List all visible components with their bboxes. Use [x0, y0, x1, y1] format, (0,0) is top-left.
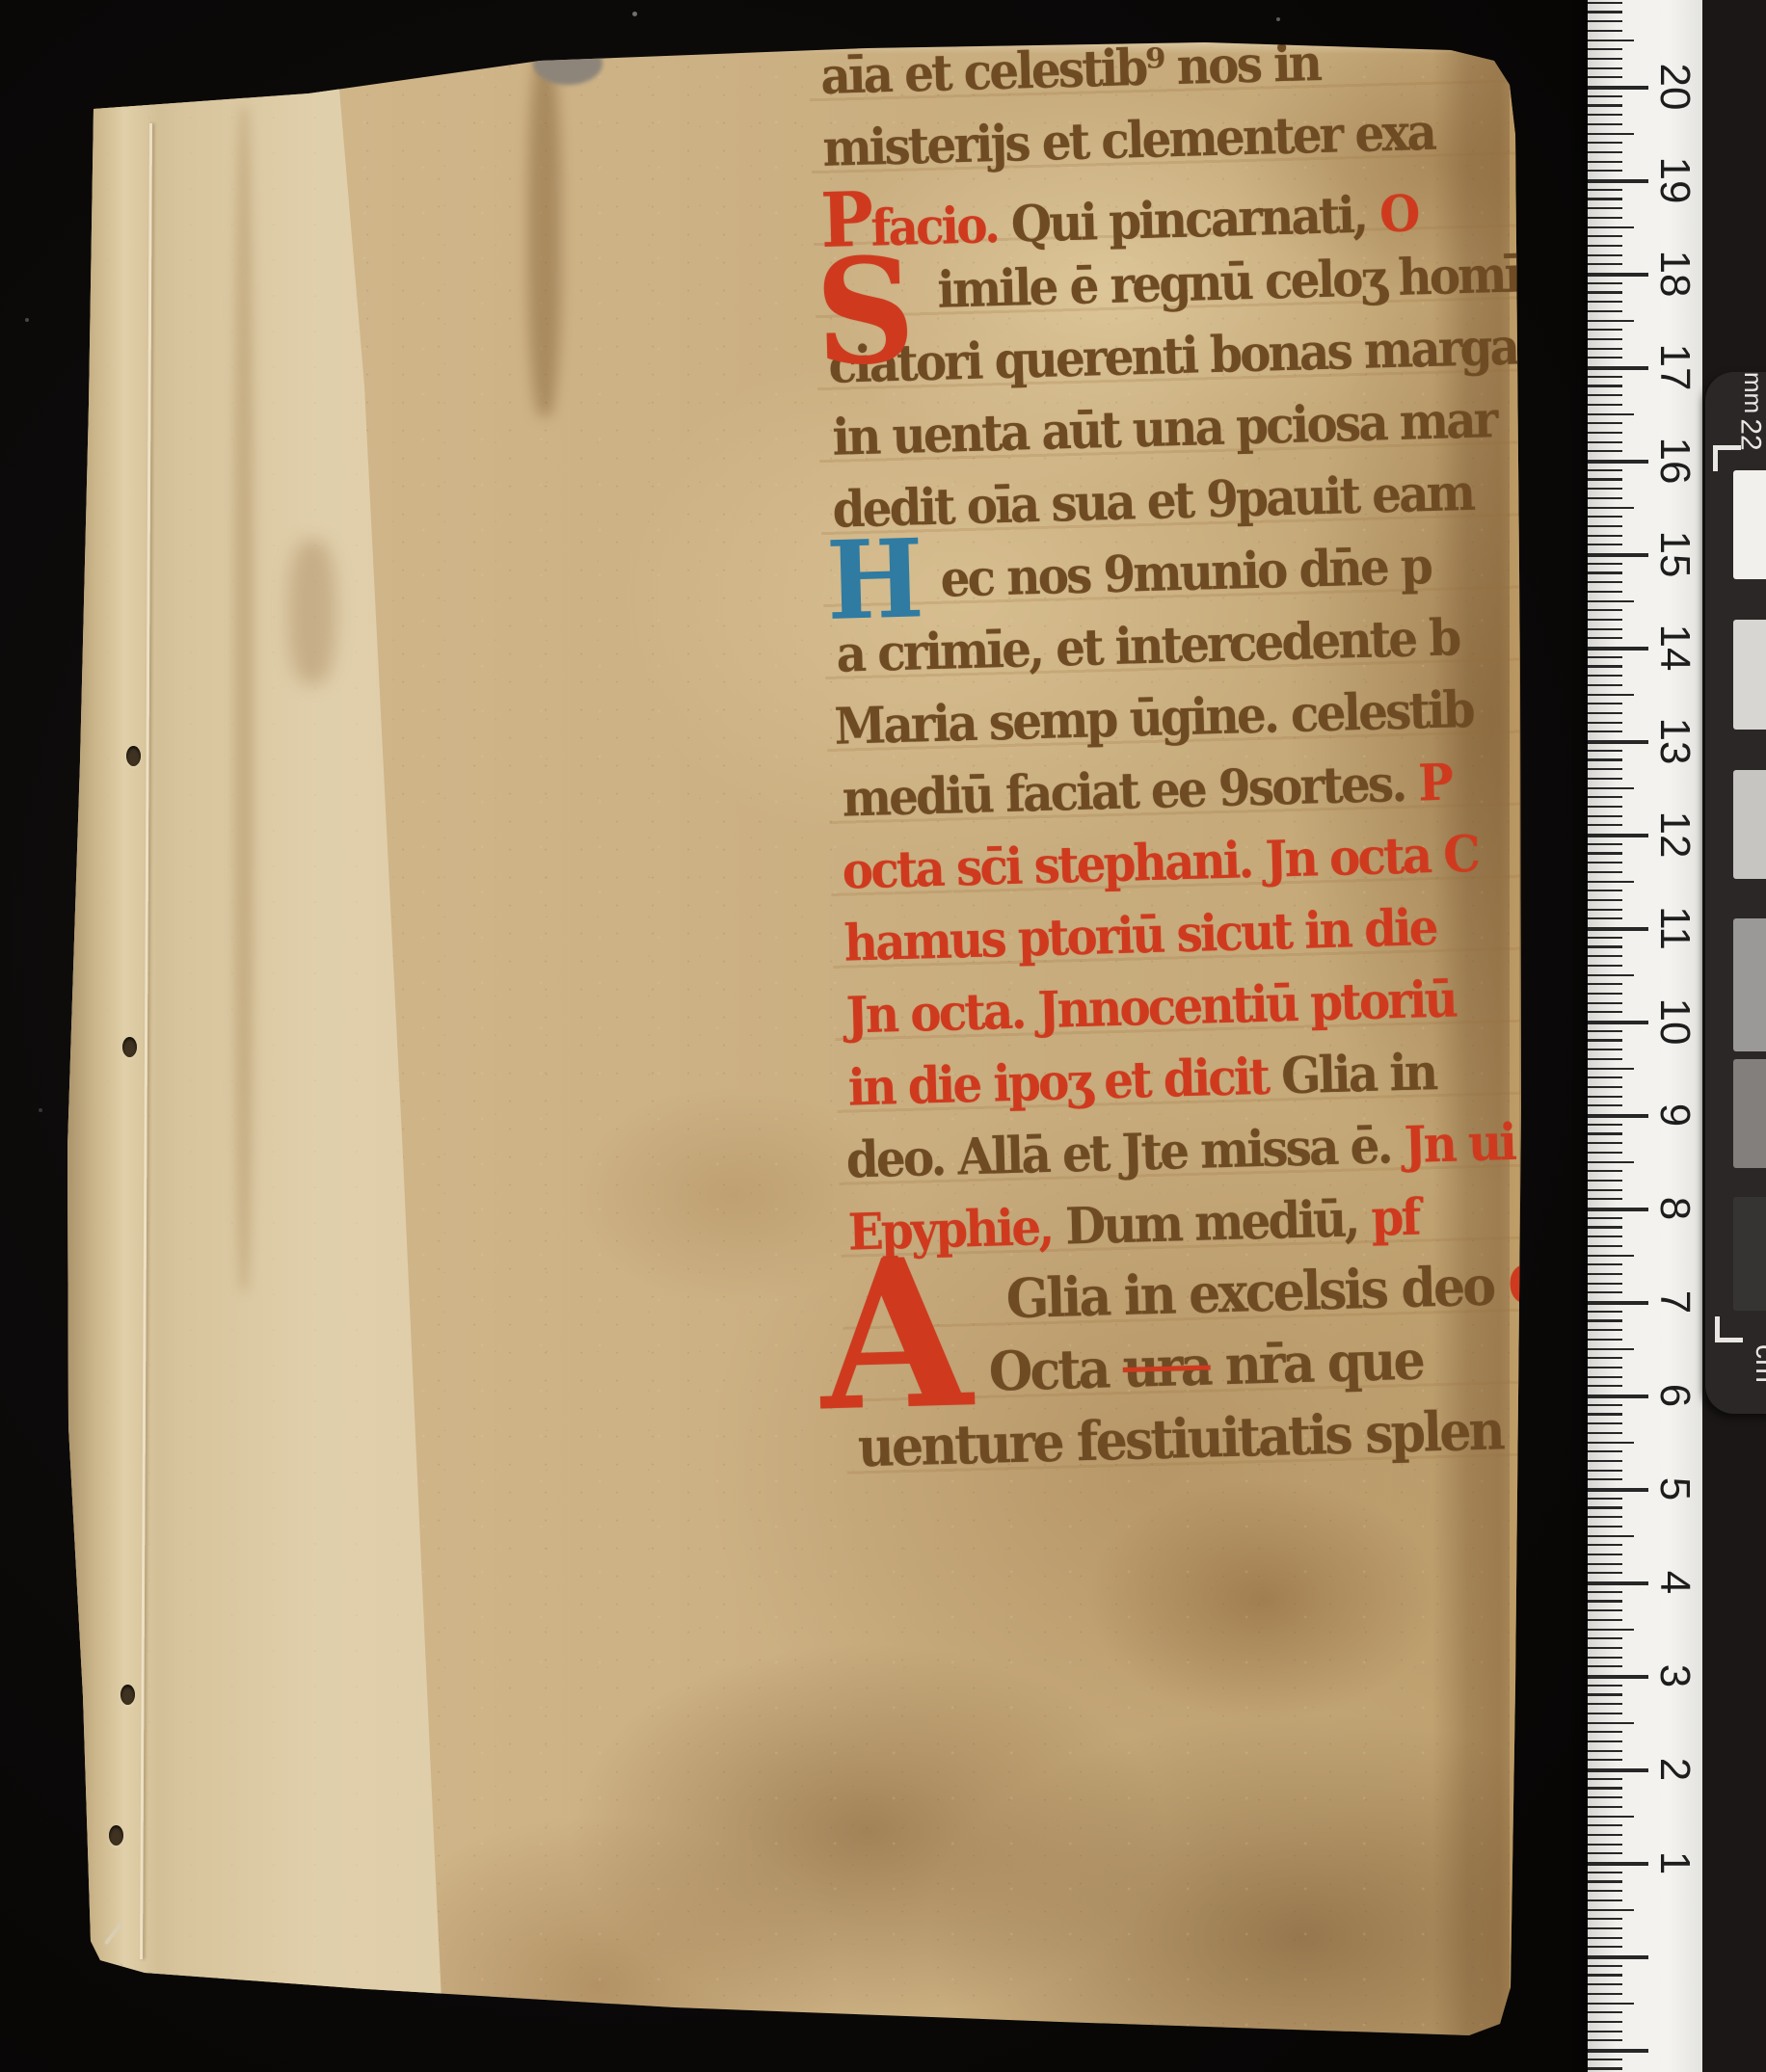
text-segment-red: hamus ptoriū sicut in die [843, 898, 1437, 973]
ruler-mm-tick [1588, 1311, 1622, 1313]
ruler-mm-tick [1588, 40, 1634, 41]
ruler-cm-tick [1588, 1488, 1648, 1492]
ruler-mm-tick [1588, 937, 1622, 939]
ruler-mm-tick [1588, 1609, 1622, 1611]
ruler-mm-tick [1588, 291, 1622, 293]
ruler-mm-tick [1588, 151, 1622, 153]
ruler-mm-tick [1588, 796, 1622, 798]
ruler-mm-tick [1588, 1263, 1622, 1265]
ruler-mm-tick [1588, 1339, 1622, 1341]
ruler-mm-tick [1588, 207, 1622, 209]
ruler-mm-tick [1588, 665, 1622, 667]
ruler-mm-tick [1588, 1796, 1622, 1798]
ruler-number-8: 8 [1647, 1182, 1701, 1235]
text-segment-red: O [1378, 184, 1418, 244]
ruler-mm-tick [1588, 1665, 1622, 1667]
ruler-mm-tick [1588, 104, 1622, 106]
book-cover: aīa et celestib⁹ nos inmisterijs et clem… [0, 0, 1766, 2072]
ruler-mm-tick [1588, 1844, 1622, 1846]
manuscript-text-line: a crimīe, et intercedente b [836, 609, 1459, 683]
ruler-mm-tick [1588, 198, 1622, 199]
ruler-cm-tick [1588, 1301, 1648, 1305]
ruler-mm-tick [1588, 1974, 1622, 1976]
ruler-mm-tick [1588, 1030, 1622, 1032]
ruler-mm-tick [1588, 1058, 1622, 1060]
ruler-mm-tick [1588, 1526, 1622, 1527]
manuscript-text-line: aīa et celestib⁹ nos in [820, 35, 1321, 106]
text-segment-brown: aīa et celestib⁹ nos in [820, 34, 1321, 106]
ruler-mm-tick [1588, 1273, 1622, 1275]
ruler-mm-tick [1588, 1235, 1622, 1237]
ruler-number-17: 17 [1647, 340, 1701, 394]
ruler-mm-tick [1588, 1685, 1622, 1687]
text-segment-brown: nr̄a que [1210, 1329, 1424, 1398]
ruler-number-20: 20 [1647, 60, 1701, 114]
ruler-mm-tick [1588, 1750, 1622, 1752]
ruler-mm-tick [1588, 758, 1622, 760]
ruler-mm-tick [1588, 1872, 1622, 1873]
text-segment-brown: Qui pincarnati, [1010, 185, 1380, 253]
ruler-mm-tick [1588, 806, 1622, 808]
ruler-mm-tick [1588, 619, 1622, 621]
ruler-mm-tick [1588, 1657, 1622, 1659]
ruler-mm-tick [1588, 1516, 1622, 1518]
ruler-mm-tick [1588, 348, 1622, 350]
ruler-mm-tick [1588, 731, 1622, 732]
text-segment-red: in die ipoʒ et dicit [847, 1047, 1282, 1117]
grayscale-patch-6 [1733, 1197, 1766, 1311]
ruler-mm-tick [1588, 974, 1634, 976]
illuminated-initial-a: A [817, 1241, 973, 1429]
ruler-mm-tick [1588, 1506, 1622, 1508]
ruler-mm-tick [1588, 722, 1622, 724]
ruler-mm-tick [1588, 1834, 1622, 1836]
ruler-mm-tick [1588, 1180, 1622, 1182]
ruler-mm-tick [1588, 48, 1622, 50]
ruler-mm-tick [1588, 535, 1622, 537]
ruler-mm-tick [1588, 1217, 1622, 1219]
ruler-mm-tick [1588, 1824, 1622, 1826]
ruler-mm-tick [1588, 684, 1622, 686]
ruler-mm-tick [1588, 1283, 1622, 1285]
ruler-mm-tick [1588, 1068, 1634, 1070]
stain-streak [528, 50, 561, 416]
ruler-mm-tick [1588, 1937, 1622, 1939]
manuscript-text-line: mediū faciat ee 9sortes. P [842, 755, 1452, 829]
ruler-mm-tick [1588, 1787, 1622, 1789]
ruler-mm-tick [1588, 637, 1622, 639]
ruler-mm-tick [1588, 516, 1622, 518]
text-segment-red: C [1442, 825, 1478, 885]
ruler-mm-tick [1588, 628, 1622, 630]
ruler-mm-tick [1588, 404, 1622, 406]
ruler-mm-tick [1588, 955, 1622, 957]
ruler-mm-tick [1588, 1731, 1622, 1733]
ruler-mm-tick [1588, 30, 1622, 32]
ruler-mm-tick [1588, 95, 1622, 97]
ruler-mm-tick [1588, 2021, 1622, 2023]
ruler-mm-tick [1588, 1367, 1622, 1368]
ruler-mm-tick [1588, 469, 1622, 471]
manuscript-text-line: ec nos 9munio dn̄e p [940, 538, 1432, 609]
ruler-mm-tick [1588, 1255, 1634, 1257]
ruler-number-14: 14 [1647, 621, 1701, 675]
ruler-mm-tick [1588, 1637, 1622, 1639]
grayscale-patch-5 [1733, 1059, 1766, 1168]
ruler-mm-tick [1588, 1880, 1622, 1882]
ruler-mm-tick [1588, 917, 1622, 919]
grayscale-patch-1 [1733, 470, 1766, 579]
ruler-cm-tick [1588, 1114, 1648, 1118]
ruler-mm-tick [1588, 778, 1622, 780]
ruler-mm-tick [1588, 320, 1634, 322]
ruler-mm-tick [1588, 1413, 1622, 1415]
ruler-mm-tick [1588, 1245, 1622, 1247]
ruler-mm-tick [1588, 1385, 1622, 1387]
ruler-mm-tick [1588, 1161, 1634, 1163]
ruler-number-5: 5 [1647, 1462, 1701, 1516]
stain-blotch [289, 540, 335, 684]
ruler-mm-tick [1588, 768, 1622, 770]
ruler-mm-tick [1588, 881, 1634, 883]
sewing-hole [109, 1825, 123, 1846]
ruler-mm-tick [1588, 450, 1622, 452]
ruler-mm-tick [1588, 282, 1622, 284]
ruler-mm-tick [1588, 478, 1622, 480]
ruler-mm-tick [1588, 2059, 1622, 2060]
ruler-cm-tick [1588, 179, 1648, 183]
illuminated-initial-h: H [825, 531, 924, 630]
ruler-mm-tick [1588, 852, 1622, 854]
manuscript-text-line: Glia in excelsis deo O [1005, 1256, 1550, 1328]
text-segment-red: O [1508, 1253, 1550, 1317]
ruler-mm-tick [1588, 1993, 1622, 1995]
ruler-mm-tick [1588, 1535, 1634, 1537]
ruler-mm-tick [1588, 488, 1622, 490]
ruler-mm-tick [1588, 2039, 1622, 2041]
ruler-mm-tick [1588, 993, 1622, 995]
ruler-mm-tick [1588, 1629, 1634, 1631]
ruler-mm-tick [1588, 1619, 1622, 1621]
ruler-cm-tick [1588, 460, 1648, 464]
ruler-mm-tick [1588, 1470, 1622, 1472]
text-segment-red: Jn ui [1404, 1113, 1515, 1175]
ruler-number-16: 16 [1647, 434, 1701, 488]
text-segment-red: pf [1371, 1188, 1420, 1248]
ruler-cm-tick [1588, 366, 1648, 370]
manuscript-text-line: deo. Allā et Jte missa ē. Jn ui [845, 1114, 1515, 1190]
ruler-mm-tick [1588, 591, 1622, 593]
ruler-mm-tick [1588, 787, 1634, 789]
ruler-mm-tick [1588, 909, 1622, 911]
ruler-mm-tick [1588, 581, 1622, 583]
edge-damage-notch [533, 42, 602, 85]
ruler-mm-tick [1588, 189, 1622, 191]
text-segment-brown: imile ē regnū celoʒ homīn [937, 245, 1552, 320]
ruler-mm-tick [1588, 1432, 1622, 1434]
grayscale-patch-3 [1733, 770, 1766, 879]
text-segment-red: P [1418, 754, 1452, 813]
manuscript-text-line: Jn octa. Jnnocentiū ptoriū [845, 971, 1457, 1046]
ruler-mm-tick [1588, 1226, 1622, 1228]
ruler-mm-tick [1588, 497, 1622, 499]
manuscript-text-line: Octa ura nr̄a que [988, 1332, 1424, 1401]
ruler-mm-tick [1588, 161, 1622, 163]
ruler-mm-tick [1588, 890, 1622, 891]
ruler-mm-tick [1588, 385, 1622, 386]
ruler-mm-tick [1588, 1011, 1622, 1013]
ruler-mm-tick [1588, 843, 1622, 845]
ruler-mm-tick [1588, 1544, 1622, 1546]
ruler-cm-tick [1588, 1862, 1648, 1866]
ruler-mm-tick [1588, 1319, 1622, 1321]
text-segment-brown: Maria semp ūgine. celestib [834, 680, 1474, 757]
ruler-number-9: 9 [1647, 1088, 1701, 1142]
ruler-number-18: 18 [1647, 247, 1701, 301]
ruler-mm-tick [1588, 1152, 1622, 1154]
ruler-cm-tick [1588, 1675, 1648, 1679]
ruler-mm-tick [1588, 1563, 1622, 1565]
ruler-mm-tick [1588, 58, 1622, 60]
ruler-mm-tick [1588, 1132, 1622, 1134]
ruler-mm-tick [1588, 871, 1622, 873]
ruler-mm-tick [1588, 1076, 1622, 1078]
text-segment-brown: misterijs et clementer exa [822, 103, 1435, 178]
ruler-mm-tick [1588, 413, 1634, 415]
ruler-number-2: 2 [1647, 1742, 1701, 1796]
ruler-mm-tick [1588, 1759, 1622, 1761]
sewing-hole [122, 1037, 137, 1057]
ruler-mm-tick [1588, 675, 1622, 677]
ruler-mm-tick [1588, 965, 1622, 967]
ruler-mm-tick [1588, 1422, 1622, 1424]
ruler-number-1: 1 [1647, 1836, 1701, 1890]
ruler-mm-tick [1588, 235, 1622, 237]
ruler-mm-tick [1588, 1778, 1622, 1780]
ruler-number-4: 4 [1647, 1555, 1701, 1609]
ruler-cm-tick [1588, 1955, 1648, 1959]
card-label-cm: cm [1749, 1344, 1766, 1383]
ruler-mm-tick [1588, 1291, 1622, 1293]
ruler-mm-tick [1588, 329, 1622, 331]
ruler-mm-tick [1588, 1965, 1622, 1967]
ruler-cm-tick [1588, 1021, 1648, 1024]
ruler-cm-tick [1588, 1208, 1648, 1211]
ruler-number-6: 6 [1647, 1368, 1701, 1422]
ruler-mm-tick [1588, 750, 1622, 752]
ruler-mm-tick [1588, 254, 1622, 256]
ruler-mm-tick [1588, 76, 1622, 78]
manuscript-text-line: Maria semp ūgine. celestib [834, 681, 1474, 757]
ruler-mm-tick [1588, 357, 1622, 359]
ruler-mm-tick [1588, 1899, 1622, 1901]
ruler-mm-tick [1588, 1498, 1622, 1500]
ruler-mm-tick [1588, 1852, 1622, 1854]
ruler-cm-tick [1588, 834, 1648, 837]
ruler-mm-tick [1588, 2067, 1622, 2069]
ruler-number-10: 10 [1647, 995, 1701, 1049]
ruler-mm-tick [1588, 226, 1634, 228]
ruler-mm-tick [1588, 1198, 1622, 1200]
ruler-mm-tick [1588, 11, 1622, 13]
ruler-mm-tick [1588, 824, 1622, 826]
sewing-hole [120, 1685, 135, 1705]
ruler-mm-tick [1588, 1104, 1622, 1106]
ruler-cm-tick [1588, 927, 1648, 931]
manuscript-text-line: ciatori querenti bonas marga [828, 319, 1518, 395]
ruler-mm-tick [1588, 1404, 1622, 1406]
dust-speck [25, 318, 29, 322]
ruler-mm-tick [1588, 1096, 1622, 1098]
ruler-cm-tick [1588, 1768, 1648, 1772]
ruler-mm-tick [1588, 703, 1622, 704]
ruler-mm-tick [1588, 1918, 1622, 1920]
ruler-mm-tick [1588, 815, 1622, 817]
ruler-cm-tick [1588, 740, 1648, 744]
ruler-number-3: 3 [1647, 1649, 1701, 1703]
ruler-mm-tick [1588, 432, 1622, 434]
ruler-mm-tick [1588, 1002, 1622, 1004]
ruler-mm-tick [1588, 217, 1622, 219]
text-segment-brown: a crimīe, et intercedente b [836, 608, 1459, 683]
spine-shading [56, 87, 181, 2005]
ruler-mm-tick [1588, 394, 1622, 396]
ruler-mm-tick [1588, 376, 1622, 378]
text-segment-brown: Glia in excelsis deo [1005, 1254, 1509, 1331]
ruler-mm-tick [1588, 1039, 1622, 1041]
ruler-mm-tick [1588, 123, 1622, 125]
ruler-mm-tick [1588, 1142, 1622, 1144]
grayscale-patch-2 [1733, 620, 1766, 730]
ruler-mm-tick [1588, 1554, 1622, 1555]
ruler-number-11: 11 [1647, 901, 1701, 955]
ruler-mm-tick [1588, 1460, 1622, 1462]
ruler-mm-tick [1588, 862, 1622, 863]
manuscript-text-block: aīa et celestib⁹ nos inmisterijs et clem… [808, 8, 1630, 1502]
text-segment-brown: mediū faciat ee 9sortes. [842, 754, 1419, 828]
ruler-mm-tick [1588, 1591, 1622, 1593]
text-segment-brown: ec nos 9munio dn̄e p [940, 537, 1432, 609]
ruler-mm-tick [1588, 2031, 1622, 2032]
text-segment-brown: Dum mediū, [1064, 1189, 1372, 1257]
manuscript-text-line: imile ē regnū celoʒ homīn [937, 246, 1552, 320]
ruler-cm-tick [1588, 1395, 1648, 1398]
ruler-mm-tick [1588, 609, 1622, 611]
ruler-mm-tick [1588, 338, 1622, 340]
ruler-mm-tick [1588, 712, 1622, 714]
ruler-mm-tick [1588, 600, 1634, 602]
ruler-mm-tick [1588, 1909, 1634, 1911]
manuscript-text-line: hamus ptoriū sicut in die [843, 899, 1436, 973]
text-segment-brown: ciatori querenti bonas marga [828, 318, 1518, 395]
ruler-mm-tick [1588, 656, 1622, 658]
ruler-mm-tick [1588, 1927, 1622, 1929]
text-segment-red: Jn octa. Jnnocentiū ptoriū [845, 970, 1457, 1046]
text-segment-brown: deo. Allā et Jte missa ē. [845, 1116, 1405, 1190]
ruler-mm-tick [1588, 1740, 1622, 1742]
ruler-cm-tick [1588, 1581, 1648, 1585]
ruler-mm-tick [1588, 544, 1622, 545]
text-segment-brown: in uenta aūt una pciosa mar [832, 390, 1496, 467]
ruler-number-15: 15 [1647, 527, 1701, 581]
ruler-mm-tick [1588, 1806, 1622, 1808]
ruler-mm-tick [1588, 1946, 1622, 1948]
manuscript-text-line: dedit oīa sua et 9pauit eam [832, 465, 1474, 540]
ruler-number-19: 19 [1647, 153, 1701, 207]
ruler-mm-tick [1588, 67, 1622, 69]
manuscript-text-line: in die ipoʒ et dicit Glia in [847, 1044, 1436, 1117]
ruler-mm-tick [1588, 133, 1634, 135]
calibration-card: mm 22 cm [1705, 372, 1766, 1414]
ruler-number-13: 13 [1647, 714, 1701, 768]
dust-speck [632, 12, 637, 16]
text-segment-red: octa sc̄i stephani. Jn octa [842, 826, 1444, 901]
ruler-mm-tick [1588, 1170, 1622, 1172]
ruler-mm-tick [1588, 899, 1622, 901]
ruler-mm-tick [1588, 1816, 1634, 1818]
ruler-mm-tick [1588, 441, 1622, 443]
illuminated-initial-s: S [814, 246, 917, 379]
ruler-mm-tick [1588, 2003, 1634, 2005]
ruler-mm-tick [1588, 1124, 1622, 1126]
ruler-number-12: 12 [1647, 808, 1701, 862]
manuscript-text-line: in uenta aūt una pciosa mar [832, 391, 1496, 467]
ruler-mm-tick [1588, 422, 1622, 424]
ruler-cm-tick [1588, 647, 1648, 651]
ruler-mm-tick [1588, 2, 1622, 4]
ruler-mm-tick [1588, 1348, 1634, 1350]
ruler-mm-tick [1588, 2011, 1622, 2013]
ruler-mm-tick [1588, 1600, 1622, 1602]
ruler-mm-tick [1588, 1357, 1622, 1359]
ruler-mm-tick [1588, 263, 1622, 265]
ruler-mm-tick [1588, 1647, 1622, 1649]
ruler-cm-tick [1588, 2049, 1648, 2053]
ruler-mm-tick [1588, 20, 1622, 22]
ruler-mm-tick [1588, 525, 1622, 527]
ruler-mm-tick [1588, 507, 1634, 509]
registration-bracket [1715, 1316, 1743, 1342]
ruler-mm-tick [1588, 1722, 1634, 1724]
grayscale-patch-4 [1733, 918, 1766, 1051]
ruler-mm-tick [1588, 301, 1622, 303]
ruler-mm-tick [1588, 1442, 1634, 1444]
ruler-mm-tick [1588, 1693, 1622, 1695]
ruler-cm-tick [1588, 273, 1648, 277]
ruler-mm-tick [1588, 1049, 1622, 1050]
ruler-mm-tick [1588, 1329, 1622, 1331]
ruler-mm-tick [1588, 945, 1622, 947]
ruler-mm-tick [1588, 170, 1622, 172]
text-segment-brown: Glia in [1280, 1043, 1436, 1105]
ruler-cm-tick [1588, 86, 1648, 90]
ruler-mm-tick [1588, 1890, 1622, 1892]
stain-streak [234, 106, 254, 1291]
dust-speck [1276, 17, 1280, 21]
ruler-mm-tick [1588, 1189, 1622, 1191]
ruler-mm-tick [1588, 983, 1622, 985]
ruler-mm-tick [1588, 114, 1622, 116]
ruler-mm-tick [1588, 1983, 1622, 1985]
ruler-mm-tick [1588, 694, 1634, 696]
text-segment-brown: ura [1122, 1335, 1211, 1400]
ruler-mm-tick [1588, 1478, 1622, 1480]
ruler-mm-tick [1588, 1086, 1622, 1088]
ruler-mm-tick [1588, 1572, 1622, 1574]
manuscript-text-line: octa sc̄i stephani. Jn octa C [842, 826, 1479, 901]
ruler-mm-tick [1588, 1713, 1622, 1714]
registration-bracket [1713, 445, 1741, 471]
